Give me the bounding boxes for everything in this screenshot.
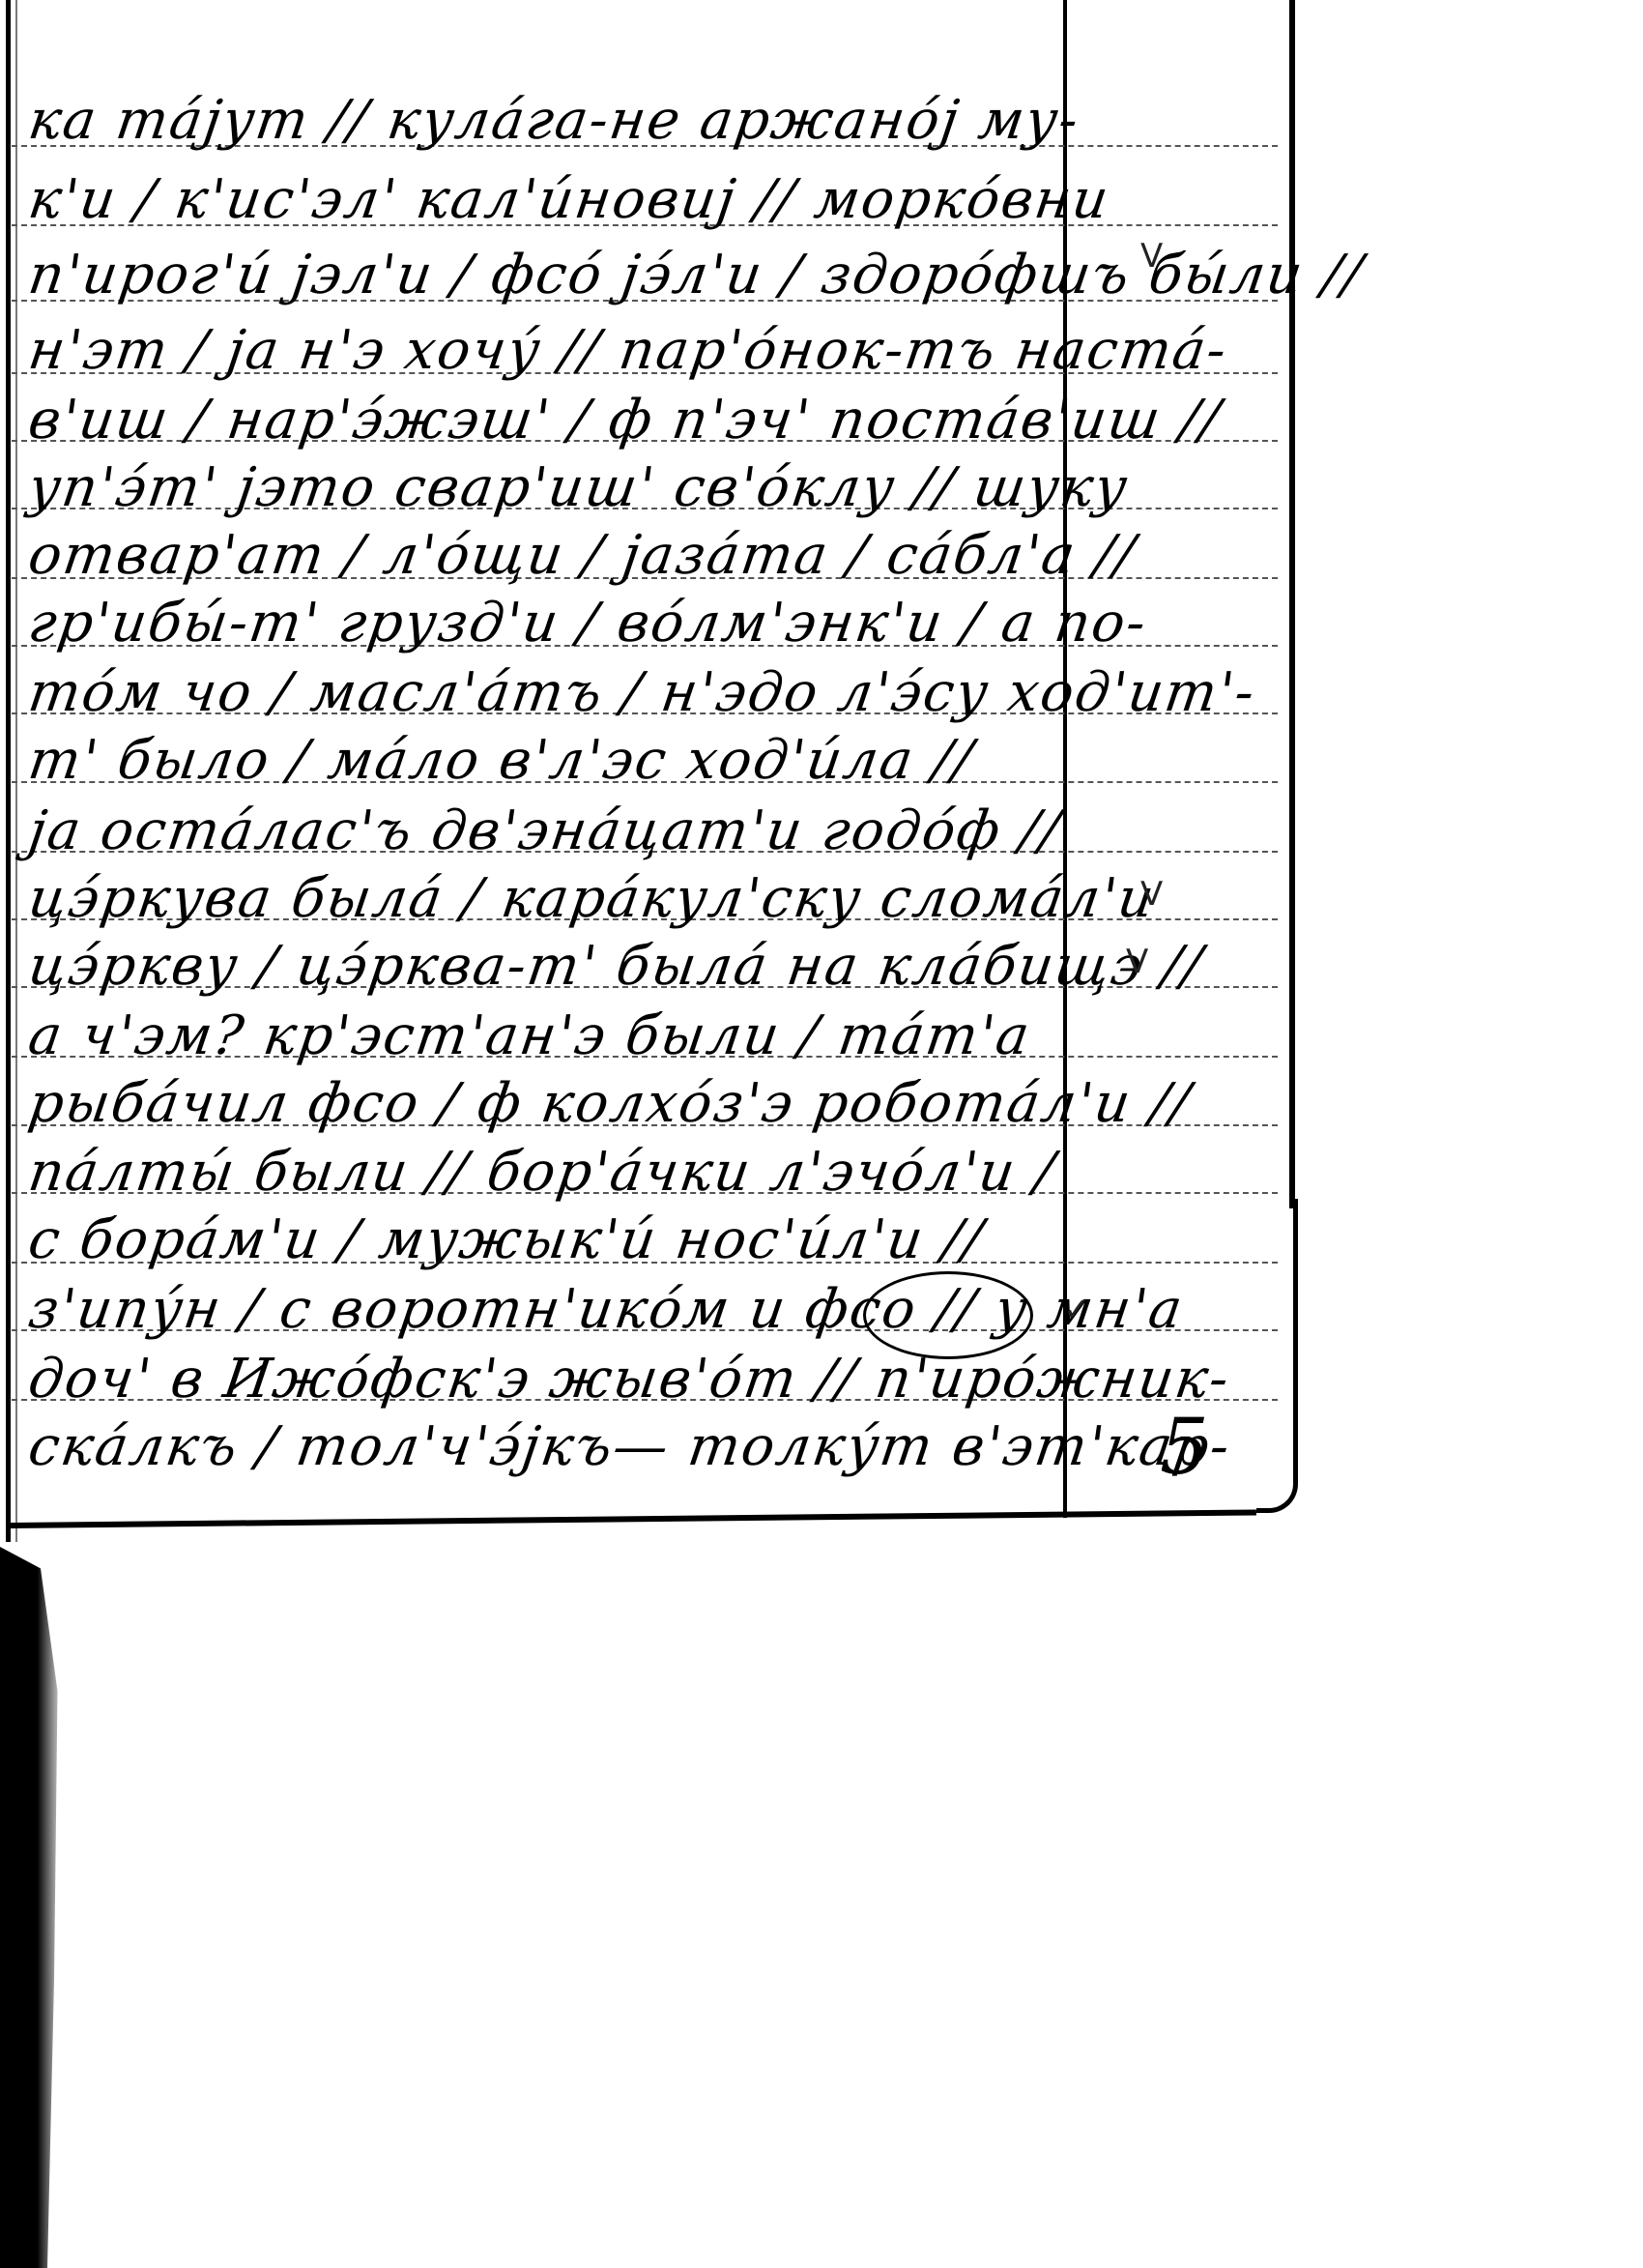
circled-word-annotation	[863, 1271, 1033, 1359]
margin-check-mark: V	[1140, 875, 1163, 914]
handwritten-line-3: п'ирог'и́ јэл'и / фсо́ јэ́л'и / здоро́фш…	[23, 232, 1369, 319]
margin-check-mark: ✓	[1063, 1291, 1091, 1329]
page-right-border	[1289, 0, 1295, 1208]
page-bottom-border	[10, 1509, 1256, 1528]
handwritten-line-2: к'и / к'ис'эл' кал'и́новиј // морко́вни	[23, 157, 1116, 244]
handwritten-line-20: ска́лкъ / тол'ч'э́јкъ— толку́т в'эт'кар-	[23, 1404, 1237, 1491]
page-number: 5	[1160, 1402, 1209, 1492]
page-left-border-inner	[15, 0, 17, 1542]
page-left-border	[6, 0, 11, 1542]
margin-check-mark: V	[1140, 237, 1163, 276]
page-corner-curl	[1256, 1199, 1298, 1513]
notebook-page: ка та́јут // кула́га-не аржано́ј му- к'и…	[0, 0, 1295, 1537]
handwritten-line-1: ка та́јут // кула́га-не аржано́ј му-	[23, 77, 1085, 164]
margin-check-mark: V	[1126, 943, 1148, 981]
scan-shadow-artifact	[0, 1547, 68, 2268]
